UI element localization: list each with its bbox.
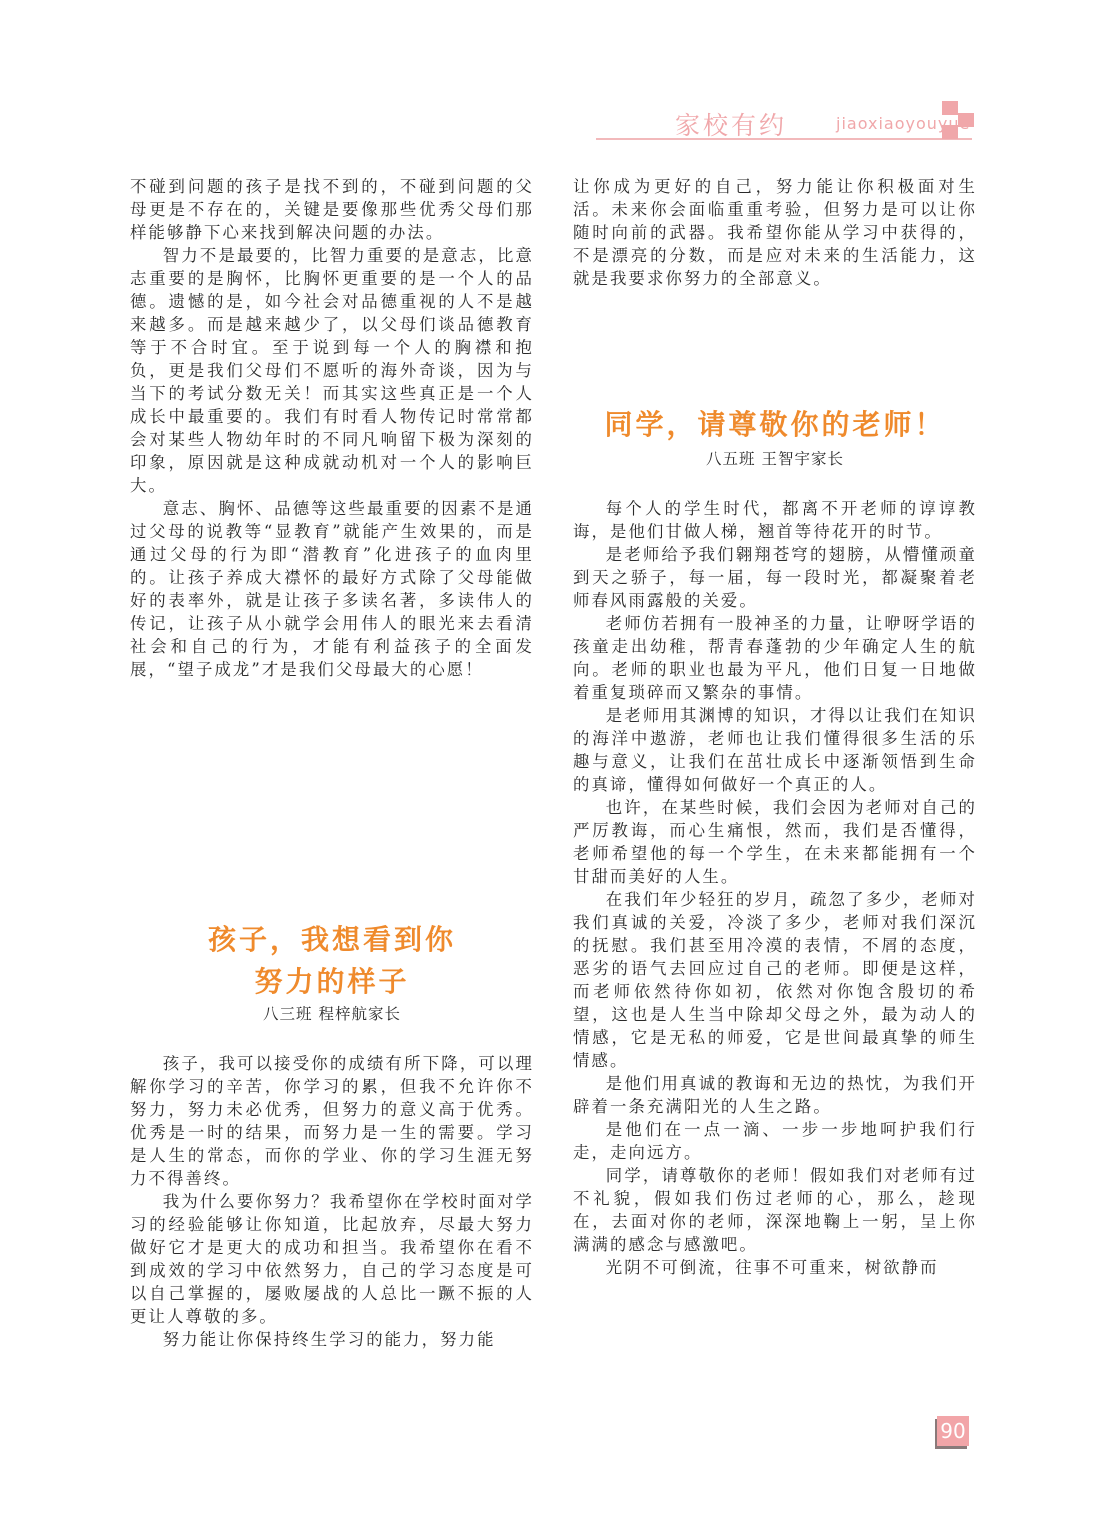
paragraph: 意志、胸怀、品德等这些最重要的因素不是通过父母的说教等“显教育”就能产生效果的，… xyxy=(130,497,534,681)
decorative-square-right xyxy=(958,113,974,127)
paragraph: 是老师给予我们翱翔苍穹的翅膀，从懵懂顽童到天之骄子，每一届，每一段时光，都凝聚着… xyxy=(573,543,977,612)
article-byline: 八五班 王智宇家长 xyxy=(573,447,977,469)
section-title: 家校有约 xyxy=(675,106,787,142)
paragraph: 不碰到问题的孩子是找不到的，不碰到问题的父母更是不存在的，关键是要像那些优秀父母… xyxy=(130,175,534,244)
paragraph: 努力能让你保持终生学习的能力，努力能 xyxy=(130,1328,534,1351)
paragraph: 光阴不可倒流，往事不可重来，树欲静而 xyxy=(573,1256,977,1279)
paragraph: 同学，请尊敬你的老师！假如我们对老师有过不礼貌，假如我们伤过老师的心，那么，趁现… xyxy=(573,1164,977,1256)
paragraph: 是老师用其渊博的知识，才得以让我们在知识的海洋中遨游，老师也让我们懂得很多生活的… xyxy=(573,704,977,796)
paragraph: 我为什么要你努力？我希望你在学校时面对学习的经验能够让你知道，比起放弃，尽最大努… xyxy=(130,1190,534,1328)
article-respect-teacher: 同学，请尊敬你的老师！ 八五班 王智宇家长 每个人的学生时代，都离不开老师的谆谆… xyxy=(573,405,977,1279)
header-rule xyxy=(596,138,972,140)
article-title-line1: 孩子，我想看到你 xyxy=(130,920,534,960)
article-child-effort: 孩子，我想看到你 努力的样子 八三班 程梓航家长 孩子，我可以接受你的成绩有所下… xyxy=(130,920,534,1351)
article-title: 同学，请尊敬你的老师！ xyxy=(573,405,977,445)
decorative-square-bottom xyxy=(942,125,958,139)
article-byline: 八三班 程梓航家长 xyxy=(130,1002,534,1024)
article-title-line2: 努力的样子 xyxy=(130,962,534,1002)
paragraph: 智力不是最要的，比智力重要的是意志，比意志重要的是胸怀，比胸怀更重要的是一个人的… xyxy=(130,244,534,497)
page-number: 90 xyxy=(937,1416,969,1446)
decorative-square-top xyxy=(942,101,958,115)
paragraph: 每个人的学生时代，都离不开老师的谆谆教诲，是他们甘做人梯，翘首等待花开的时节。 xyxy=(573,497,977,543)
paragraph: 让你成为更好的自己，努力能让你积极面对生活。未来你会面临重重考验，但努力是可以让… xyxy=(573,175,977,290)
paragraph: 是他们在一点一滴、一步一步地呵护我们行走，走向远方。 xyxy=(573,1118,977,1164)
right-column-continuation: 让你成为更好的自己，努力能让你积极面对生活。未来你会面临重重考验，但努力是可以让… xyxy=(573,175,977,290)
left-column: 不碰到问题的孩子是找不到的，不碰到问题的父母更是不存在的，关键是要像那些优秀父母… xyxy=(130,175,534,681)
paragraph: 在我们年少轻狂的岁月，疏忽了多少，老师对我们真诚的关爱，冷淡了多少，老师对我们深… xyxy=(573,888,977,1072)
paragraph: 老师仿若拥有一股神圣的力量，让咿呀学语的孩童走出幼稚，帮青春蓬勃的少年确定人生的… xyxy=(573,612,977,704)
paragraph: 孩子，我可以接受你的成绩有所下降，可以理解你学习的辛苦，你学习的累，但我不允许你… xyxy=(130,1052,534,1190)
paragraph: 是他们用真诚的教诲和无边的热忱，为我们开辟着一条充满阳光的人生之路。 xyxy=(573,1072,977,1118)
section-header: 家校有约 jiaoxiaoyouyue xyxy=(596,100,972,140)
paragraph: 也许，在某些时候，我们会因为老师对自己的严厉教诲，而心生痛恨，然而，我们是否懂得… xyxy=(573,796,977,888)
